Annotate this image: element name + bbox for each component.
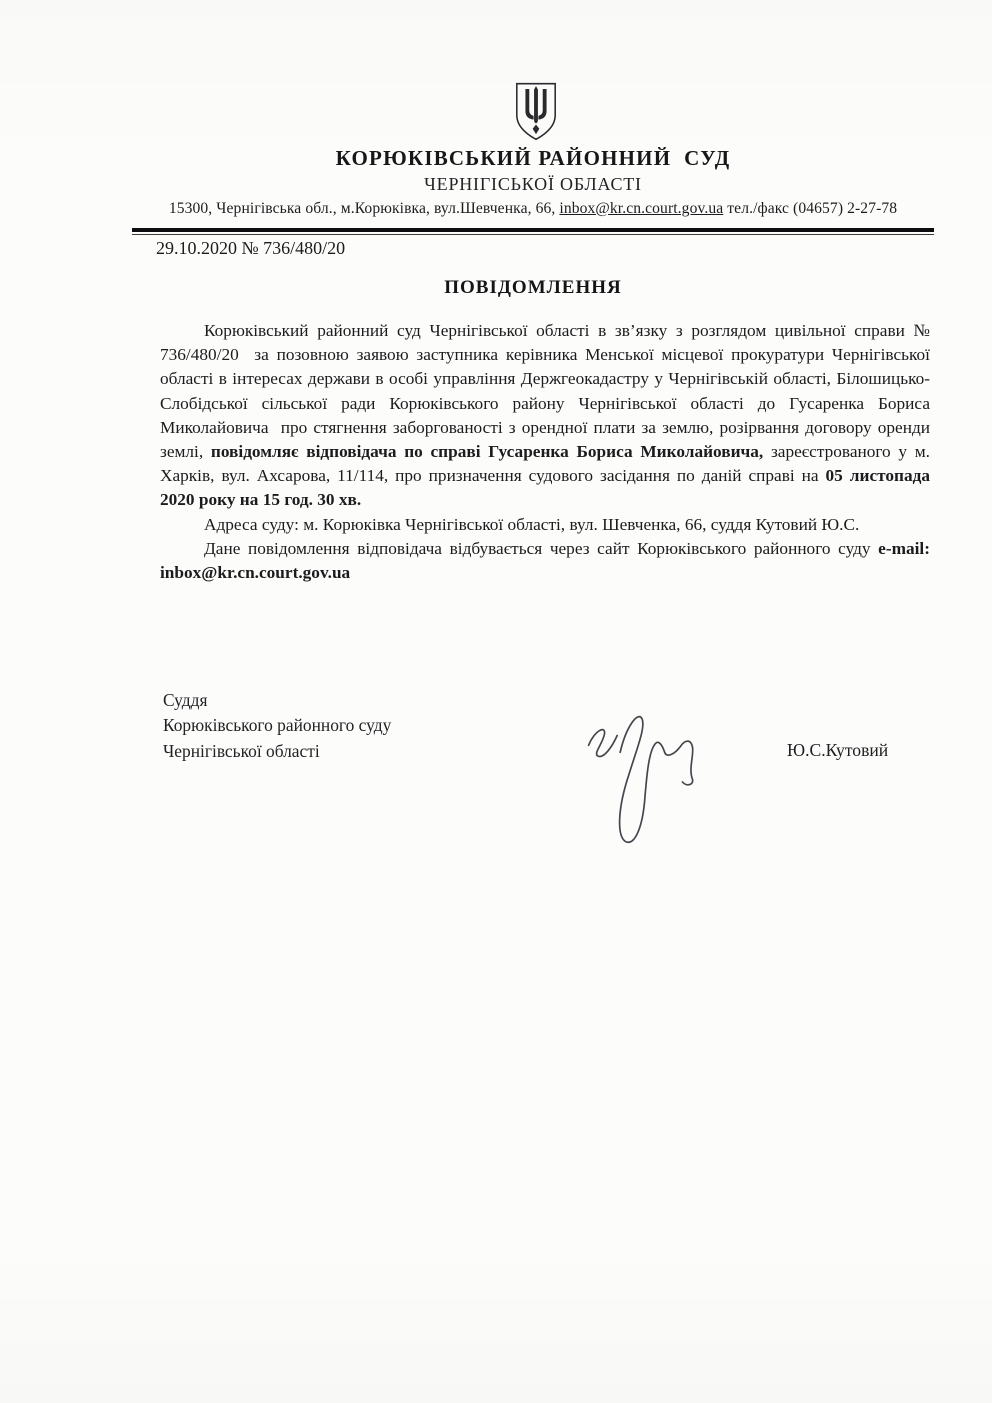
paragraph-court-address: Адреса суду: м. Корюківка Чернігівської … xyxy=(160,513,930,537)
signer-role-block: Суддя Корюківського районного суду Черні… xyxy=(163,688,391,764)
paragraph-case-description: Корюківський районний суд Чернігівської … xyxy=(160,319,930,513)
paragraph1-notify-bold: повідомляє відповідача по справі Гусарен… xyxy=(211,442,763,461)
court-name: КОРЮКІВСЬКИЙ РАЙОННИЙ СУД xyxy=(132,146,934,171)
signer-role-line: Корюківського районного суду xyxy=(163,713,391,738)
court-email-text: inbox@kr.cn.court.gov.ua xyxy=(559,200,723,217)
address-text: 15300, Чернігівська обл., м.Корюківка, в… xyxy=(169,200,560,217)
document-title: ПОВІДОМЛЕННЯ xyxy=(132,277,934,299)
date-and-case-number: 29.10.2020 № 736/480/20 xyxy=(156,238,345,259)
letterhead-divider-thin xyxy=(132,234,934,235)
ukraine-trident-emblem-icon xyxy=(512,80,560,144)
paragraph1-text: Корюківський районний суд Чернігівської … xyxy=(160,321,934,461)
handwritten-signature xyxy=(568,690,702,868)
letterhead-divider-thick xyxy=(132,228,934,232)
signer-role-line: Чернігівської області xyxy=(163,739,391,764)
court-region: ЧЕРНІГІСЬКОЇ ОБЛАСТІ xyxy=(132,174,934,195)
signer-name: Ю.С.Кутовий xyxy=(787,740,888,761)
signer-role-line: Суддя xyxy=(163,688,391,713)
letterhead: КОРЮКІВСЬКИЙ РАЙОННИЙ СУД ЧЕРНІГІСЬКОЇ О… xyxy=(132,146,934,218)
address-phone-text: тел./факс (04657) 2-27-78 xyxy=(723,200,897,217)
scanned-document-page: КОРЮКІВСЬКИЙ РАЙОННИЙ СУД ЧЕРНІГІСЬКОЇ О… xyxy=(0,0,992,1403)
website-notice-text: Дане повідомлення відповідача відбуваєть… xyxy=(204,539,878,558)
paragraph-website-notice: Дане повідомлення відповідача відбуваєть… xyxy=(160,537,930,585)
court-address-line: 15300, Чернігівська обл., м.Корюківка, в… xyxy=(132,200,934,218)
document-body: Корюківський районний суд Чернігівської … xyxy=(160,319,930,585)
